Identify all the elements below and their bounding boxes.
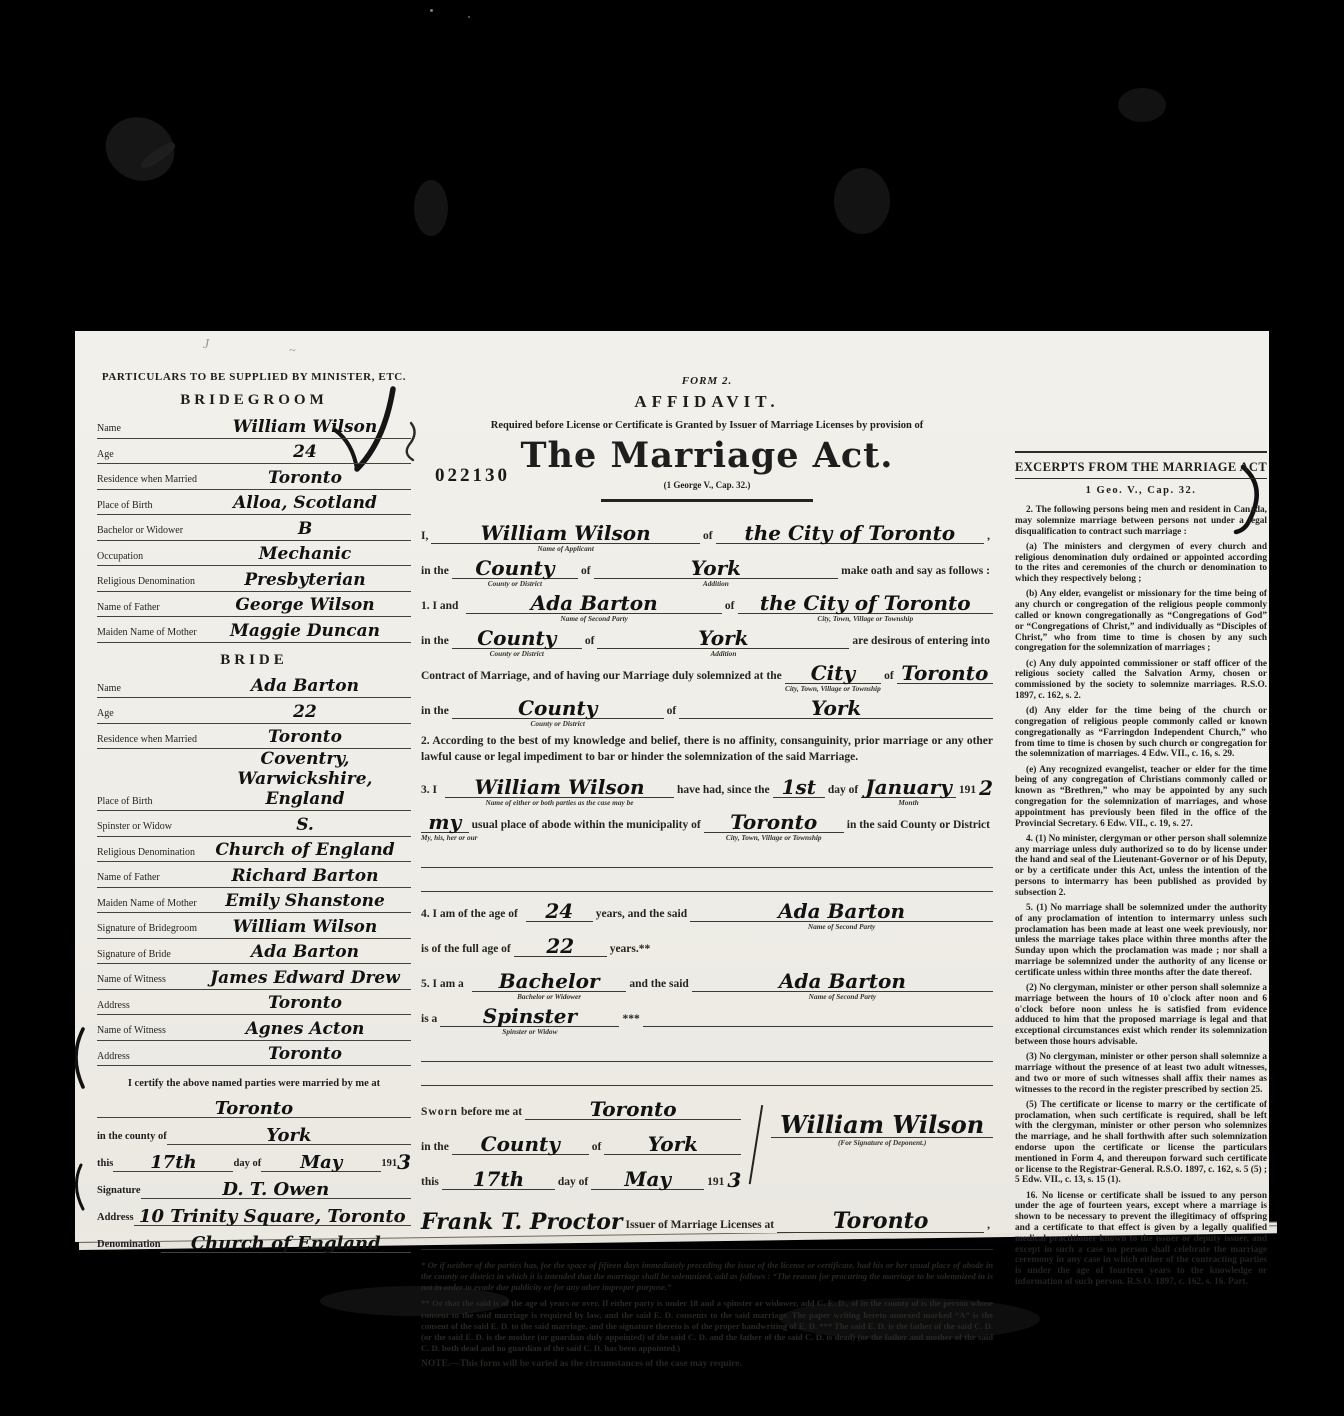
field-row: OccupationMechanic	[97, 541, 411, 567]
county-name-blank: YorkAddition	[594, 559, 838, 579]
pencil-mark: ~	[289, 343, 296, 358]
field-row: Maiden Name of MotherMaggie Duncan	[97, 617, 411, 643]
county-label: in the county of	[97, 1131, 167, 1145]
field-row: Name of WitnessAgnes Acton	[97, 1015, 411, 1041]
address-label: Address	[97, 1212, 134, 1226]
excerpt-paragraph: 16. No license or certificate shall be i…	[1015, 1191, 1267, 1288]
year-printed: 191	[381, 1158, 397, 1172]
excerpt-paragraph: (3) No clergyman, minister or other pers…	[1015, 1052, 1267, 1095]
excerpt-paragraph: (b) Any elder, evangelist or missionary …	[1015, 589, 1267, 654]
applicant-name-blank: William WilsonName of Applicant	[431, 524, 700, 544]
applicant-place-blank: the City of Toronto	[716, 524, 985, 544]
sworn-day-blank: 17th	[442, 1170, 555, 1190]
field-value-handwritten: 24	[293, 442, 317, 462]
field-value-handwritten: Toronto	[268, 993, 342, 1013]
field-label: Name	[97, 684, 199, 698]
marriage-act-excerpts-panel: EXCERPTS FROM THE MARRIAGE ACT 1 Geo. V.…	[1015, 451, 1267, 1292]
field-label: Name of Witness	[97, 975, 199, 989]
field-label: Name	[97, 424, 199, 438]
county-name-blank: YorkAddition	[597, 629, 849, 649]
field-value-handwritten: George Wilson	[235, 595, 374, 615]
signature-label: Signature	[97, 1185, 141, 1199]
denomination-blank: Church of England	[161, 1235, 411, 1253]
field-value-handwritten: Church of England	[215, 840, 394, 860]
county-blank: York	[167, 1127, 411, 1145]
affidavit-line: 5. I am a BachelorBachelor or Widower an…	[421, 972, 993, 992]
field-row: Spinster or WidowS.	[97, 811, 411, 837]
scan-artifact	[468, 16, 470, 18]
affidavit-panel: 022130 FORM 2. AFFIDAVIT. Required befor…	[421, 375, 993, 1369]
field-label: Residence when Married	[97, 475, 199, 489]
field-label: Religious Denomination	[97, 848, 199, 862]
minister-particulars-panel: PARTICULARS TO BE SUPPLIED BY MINISTER, …	[97, 371, 411, 1253]
field-row: Religious DenominationPresbyterian	[97, 566, 411, 592]
field-label: Place of Birth	[97, 501, 199, 515]
blank-ruled-line	[421, 1042, 993, 1062]
scan-artifact	[1118, 88, 1166, 122]
sworn-place-blank: Toronto	[525, 1100, 741, 1120]
field-value-handwritten: Richard Barton	[232, 866, 379, 886]
year-digit-handwritten: 3	[397, 1153, 411, 1172]
affidavit-body: I, William WilsonName of Applicant of th…	[421, 524, 993, 1369]
second-party-name-blank: Ada BartonName of Second Party	[466, 594, 722, 614]
excerpt-paragraph: (e) Any recognized evangelist, teacher o…	[1015, 765, 1267, 830]
solemnize-place-blank: Toronto	[897, 664, 993, 684]
field-value-handwritten: Maggie Duncan	[230, 621, 380, 641]
field-label: Age	[97, 709, 199, 723]
excerpts-title: EXCERPTS FROM THE MARRIAGE ACT	[1015, 460, 1267, 479]
field-row: Religious DenominationChurch of England	[97, 837, 411, 863]
month-blank: May	[261, 1154, 381, 1172]
scan-artifact	[414, 180, 448, 236]
field-value-handwritten: Coventry, Warwickshire, England	[238, 749, 373, 809]
county-name-blank: York	[679, 699, 993, 719]
field-row: AddressToronto	[97, 1041, 411, 1067]
blank-ruled-line	[421, 1066, 993, 1086]
field-row: Place of BirthAlloa, Scotland	[97, 490, 411, 516]
footnote-divider	[421, 1249, 993, 1250]
field-label: Occupation	[97, 552, 199, 566]
field-value-handwritten: Alloa, Scotland	[233, 493, 377, 513]
field-value-handwritten: B	[298, 519, 312, 539]
affidavit-line: myMy, his, her or our usual place of abo…	[421, 813, 993, 833]
county-blank: CountyCounty or District	[452, 629, 582, 649]
jurat-brace	[741, 1104, 763, 1185]
second-party-age-blank: 22	[514, 937, 607, 957]
field-row: Age24	[97, 439, 411, 465]
sworn-county-blank: County	[452, 1135, 589, 1155]
field-row: Bachelor or WidowerB	[97, 515, 411, 541]
field-label: Spinster or Widow	[97, 822, 199, 836]
blank-ruled-line	[421, 848, 993, 868]
affidavit-line: Contract of Marriage, and of having our …	[421, 664, 993, 684]
minister-certification: I certify the above named parties were m…	[97, 1078, 411, 1253]
affidavit-line: in the CountyCounty or District of York	[421, 699, 993, 719]
day-blank: 17th	[113, 1154, 233, 1172]
issuer-place-blank: Toronto	[777, 1211, 984, 1233]
excerpt-paragraph: 5. (1) No marriage shall be solemnized u…	[1015, 903, 1267, 978]
pronoun-blank: myMy, his, her or our	[421, 813, 469, 833]
affidavit-paragraph-2: 2. According to the best of my knowledge…	[421, 734, 993, 765]
field-row: Signature of BridegroomWilliam Wilson	[97, 913, 411, 939]
jurat-section: Sworn before me at Toronto in the County…	[421, 1100, 993, 1205]
sworn-line: this 17th day of May 191 3	[421, 1170, 741, 1190]
field-label: Religious Denomination	[97, 577, 199, 591]
this-label: this	[97, 1158, 113, 1172]
sworn-line: Sworn before me at Toronto	[421, 1100, 741, 1120]
field-row: Maiden Name of MotherEmily Shanstone	[97, 888, 411, 914]
affidavit-line: in the CountyCounty or District of YorkA…	[421, 629, 993, 649]
county-blank: CountyCounty or District	[452, 699, 664, 719]
party-name-blank: William WilsonName of either or both par…	[445, 778, 674, 798]
second-party-name-blank: Ada BartonName of Second Party	[690, 902, 993, 922]
affidavit-line: 1. I and Ada BartonName of Second Party …	[421, 594, 993, 614]
field-value-handwritten: Toronto	[268, 1044, 342, 1064]
document: J ~ PARTICULARS TO BE SUPPLIED BY MINIST…	[75, 331, 1269, 1233]
field-row: Residence when MarriedToronto	[97, 464, 411, 490]
excerpt-paragraph: (d) Any elder for the time being of the …	[1015, 706, 1267, 760]
excerpt-paragraph: (5) The certificate or license to marry …	[1015, 1100, 1267, 1186]
field-value-handwritten: Mechanic	[259, 544, 352, 564]
affidavit-subtitle: Required before License or Certificate i…	[421, 420, 993, 431]
excerpt-paragraph: (a) The ministers and clergymen of every…	[1015, 542, 1267, 585]
field-value-handwritten: 22	[293, 702, 317, 722]
affidavit-line: 3. I William WilsonName of either or bot…	[421, 778, 993, 798]
year-digit-handwritten: 2	[979, 779, 993, 798]
excerpt-paragraph: (c) Any duly appointed commissioner or s…	[1015, 659, 1267, 702]
field-value-handwritten: Toronto	[268, 468, 342, 488]
form-note: NOTE.—This form will be varied as the ci…	[421, 1359, 993, 1369]
bachelor-widower-blank: BachelorBachelor or Widower	[472, 972, 627, 992]
second-party-name-blank: Ada BartonName of Second Party	[692, 972, 993, 992]
license-serial-number: 022130	[435, 465, 510, 487]
field-label: Signature of Bridegroom	[97, 924, 199, 938]
sworn-line: in the County of York	[421, 1135, 741, 1155]
field-row: Residence when MarriedToronto	[97, 724, 411, 750]
day-of-label: day of	[233, 1158, 261, 1172]
field-label: Name of Witness	[97, 1026, 199, 1040]
field-label: Residence when Married	[97, 735, 199, 749]
field-value-handwritten: Toronto	[268, 727, 342, 747]
sworn-county-name-blank: York	[604, 1135, 741, 1155]
year-digit-handwritten: 3	[727, 1171, 741, 1190]
witness-name-handwritten: Agnes Acton	[246, 1019, 365, 1039]
footnote-asterisk: * Or if neither of the parties has, for …	[421, 1260, 993, 1294]
county-blank: CountyCounty or District	[452, 559, 578, 579]
abode-municipality-blank: TorontoCity, Town, Village or Township	[704, 813, 844, 833]
field-label: Address	[97, 1001, 199, 1015]
pencil-mark: J	[203, 337, 209, 353]
scan-artifact	[834, 168, 890, 234]
bridegroom-section-title: BRIDEGROOM	[97, 392, 411, 409]
excerpt-paragraph: (2) No clergyman, minister or other pers…	[1015, 983, 1267, 1048]
bride-section-title: BRIDE	[97, 652, 411, 669]
field-label: Place of Birth	[97, 797, 199, 811]
form-number: FORM 2.	[421, 375, 993, 387]
field-row: Name of WitnessJames Edward Drew	[97, 964, 411, 990]
field-label: Name of Father	[97, 873, 199, 887]
field-value-handwritten: William Wilson	[233, 417, 378, 437]
bridegroom-signature-handwritten: William Wilson	[233, 917, 378, 937]
deponent-signature-blank: William Wilson (For Signature of Deponen…	[771, 1114, 993, 1138]
field-label: Maiden Name of Mother	[97, 899, 199, 913]
since-day-blank: 1st	[773, 778, 825, 798]
field-row: Place of BirthCoventry, Warwickshire, En…	[97, 749, 411, 811]
excerpts-citation: 1 Geo. V., Cap. 32.	[1015, 485, 1267, 496]
field-row: NameAda Barton	[97, 673, 411, 699]
applicant-age-blank: 24	[526, 902, 593, 922]
affidavit-line: in the CountyCounty or District of YorkA…	[421, 559, 993, 579]
left-panel-header: PARTICULARS TO BE SUPPLIED BY MINISTER, …	[97, 371, 411, 383]
excerpt-paragraph: 4. (1) No minister, clergyman or other p…	[1015, 834, 1267, 899]
field-label: Name of Father	[97, 603, 199, 617]
minister-signature-blank: D. T. Owen	[141, 1181, 411, 1199]
blank-ruled-line	[421, 872, 993, 892]
field-value-handwritten: Ada Barton	[251, 676, 359, 696]
field-row: Age22	[97, 698, 411, 724]
married-at-blank: Toronto	[97, 1100, 411, 1118]
scanned-marriage-record: { "document": { "serial": "022130", "for…	[0, 0, 1344, 1416]
issuer-line: Frank T. Proctor Issuer of Marriage Lice…	[421, 1211, 993, 1233]
field-label: Maiden Name of Mother	[97, 628, 199, 642]
field-row: Name of FatherGeorge Wilson	[97, 592, 411, 618]
field-label: Address	[97, 1052, 199, 1066]
witness-name-handwritten: James Edward Drew	[210, 968, 400, 988]
solemnize-place-type-blank: CityCity, Town, Village or Township	[785, 664, 881, 684]
field-label: Age	[97, 450, 199, 464]
certification-intro: I certify the above named parties were m…	[97, 1078, 411, 1089]
affidavit-line: 4. I am of the age of 24 years, and the …	[421, 902, 993, 922]
affidavit-title: AFFIDAVIT.	[421, 392, 993, 412]
second-party-place-blank: the City of TorontoCity, Town, Village o…	[738, 594, 994, 614]
decorative-rule	[601, 499, 813, 502]
denomination-label: Denomination	[97, 1239, 161, 1253]
field-row: Signature of BrideAda Barton	[97, 939, 411, 965]
since-month-blank: JanuaryMonth	[861, 778, 956, 798]
field-value-handwritten: Emily Shanstone	[225, 891, 385, 911]
affidavit-line: is of the full age of 22 years.**	[421, 937, 993, 957]
spinster-widow-blank: SpinsterSpinster or Widow	[440, 1007, 619, 1027]
bride-signature-handwritten: Ada Barton	[251, 942, 359, 962]
minister-address-blank: 10 Trinity Square, Toronto	[134, 1208, 411, 1226]
excerpt-paragraph: 2. The following persons being men and r…	[1015, 505, 1267, 537]
field-label: Signature of Bride	[97, 950, 199, 964]
field-value-handwritten: S.	[296, 815, 314, 835]
issuer-signature-handwritten: Frank T. Proctor	[421, 1212, 622, 1233]
empty-blank	[643, 1026, 993, 1027]
field-value-handwritten: Presbyterian	[244, 570, 365, 590]
affidavit-line: is a SpinsterSpinster or Widow ***	[421, 1007, 993, 1027]
affidavit-line: I, William WilsonName of Applicant of th…	[421, 524, 993, 544]
scan-artifact	[430, 9, 433, 12]
field-label: Bachelor or Widower	[97, 526, 199, 540]
field-row: Name of FatherRichard Barton	[97, 862, 411, 888]
sworn-month-blank: May	[591, 1170, 704, 1190]
field-row: NameWilliam Wilson	[97, 413, 411, 439]
footnote-double-asterisk: ** Or that the said is of the age of yea…	[421, 1298, 993, 1354]
field-row: AddressToronto	[97, 990, 411, 1016]
